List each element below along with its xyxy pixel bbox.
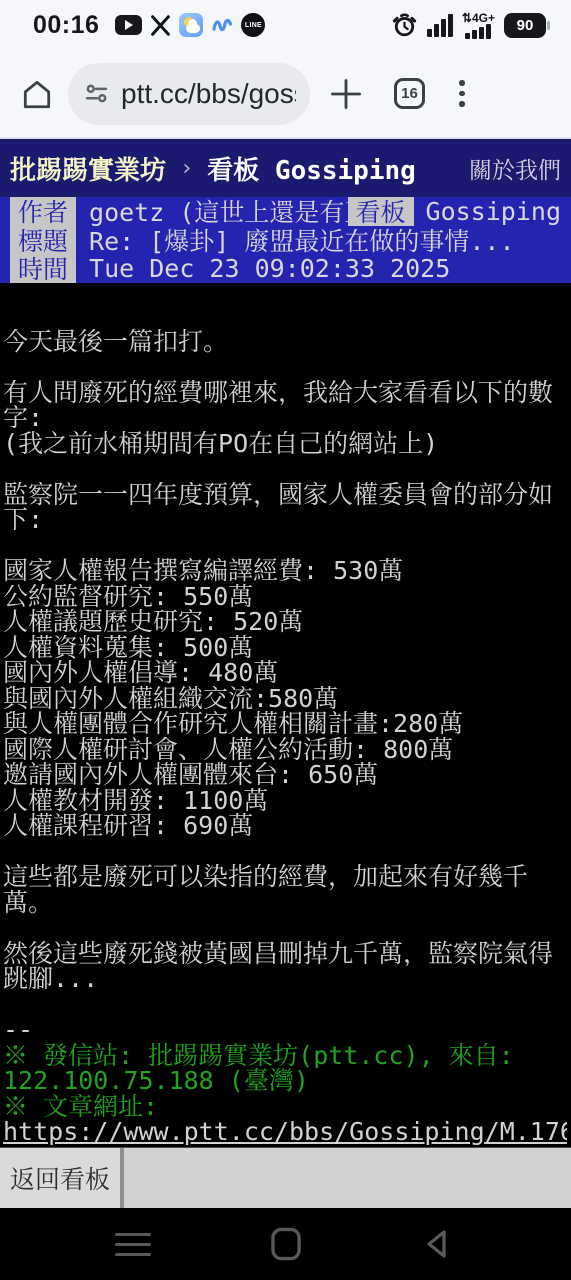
time-tag: 時間 (10, 254, 76, 283)
signal-2-icon (465, 24, 491, 39)
clock-time: 00:16 (33, 11, 99, 40)
article-line: 邀請國內外人權團體來台: 650萬 (3, 762, 567, 788)
x-app-icon (150, 15, 171, 36)
wave-app-icon (211, 15, 233, 35)
battery-icon: 90 (504, 13, 550, 38)
article-line (3, 533, 567, 559)
about-us-link[interactable]: 關於我們 (469, 152, 561, 185)
metaline-title: 標題 Re: [爆卦] 廢盟最近在做的事情... (10, 226, 571, 255)
article-line: 公約監督研究: 550萬 (3, 584, 567, 610)
article-line: 跳腳... (3, 966, 567, 992)
article-line: 與人權團體合作研究人權相關計畫:280萬 (3, 711, 567, 737)
alarm-icon (391, 12, 418, 39)
article-line: 監察院一一四年度預算，國家人權委員會的部分如 (3, 482, 567, 508)
tab-switcher-button[interactable]: 16 (394, 78, 425, 109)
home-nav-button[interactable] (266, 1224, 306, 1264)
system-status-icons: ⇅4G+ 90 (391, 12, 550, 39)
article-line[interactable]: https://www.ptt.cc/bbs/Gossiping/M.17664… (3, 1119, 567, 1145)
article-line: 然後這些廢死錢被黃國昌刪掉九千萬，監察院氣得 (3, 941, 567, 967)
article-line: 下: (3, 507, 567, 533)
article-line (3, 839, 567, 865)
youtube-icon (115, 15, 142, 35)
browser-menu-button[interactable] (455, 76, 469, 111)
tab-count: 16 (401, 85, 418, 102)
metaline-time: 時間 Tue Dec 23 09:02:33 2025 (10, 254, 571, 283)
article-line: 字: (3, 405, 567, 431)
new-tab-button[interactable] (328, 76, 364, 112)
article-line (3, 456, 567, 482)
article-line: ※ 發信站: 批踢踢實業坊(ptt.cc), 來自: (3, 1043, 567, 1069)
board-value: Gossiping (426, 197, 561, 226)
article-line: 122.100.75.188 (臺灣) (3, 1068, 567, 1094)
article-line: 國內外人權倡導: 480萬 (3, 660, 567, 686)
article-line (3, 354, 567, 380)
article-line: 國際人權研討會、人權公約活動: 800萬 (3, 737, 567, 763)
article-line: -- (3, 1017, 567, 1043)
browser-toolbar: ptt.cc/bbs/goss 16 (0, 50, 571, 137)
board-title-link[interactable]: 看板 Gossiping (207, 150, 416, 187)
breadcrumb-separator: › (180, 156, 193, 181)
board-tag: 看板 (348, 197, 414, 226)
article-line: 人權課程研習: 690萬 (3, 813, 567, 839)
metaline-board: 看板 Gossiping (348, 197, 571, 226)
line-icon-label: LINE (245, 22, 262, 29)
time-value: Tue Dec 23 09:02:33 2025 (89, 254, 450, 283)
page-action-bar: 返回看板 (0, 1147, 571, 1208)
network-type-label: ⇅4G+ (462, 12, 495, 24)
url-bar[interactable]: ptt.cc/bbs/goss (68, 63, 310, 125)
article-line (3, 992, 567, 1018)
weather-app-icon (179, 13, 203, 37)
network-type-icon: ⇅4G+ (462, 12, 495, 39)
article-line: 人權資料蒐集: 500萬 (3, 635, 567, 661)
home-button[interactable] (20, 78, 54, 110)
article-line: ※ 文章網址: (3, 1094, 567, 1120)
signal-icon (427, 14, 453, 37)
ptt-brand-link[interactable]: 批踢踢實業坊 (10, 150, 166, 187)
notification-icons: LINE (115, 13, 265, 37)
article-body: 今天最後一篇扣打。 有人問廢死的經費哪裡來，我給大家看看以下的數 字: (我之前… (0, 283, 571, 1147)
article-line: (我之前水桶期間有PO在自己的網站上) (3, 431, 567, 457)
battery-percent: 90 (517, 17, 534, 34)
recents-button[interactable] (115, 1233, 151, 1256)
article-line: 今天最後一篇扣打。 (3, 329, 567, 355)
article-metalines: 作者 goetz (這世上還是有正義 標題 Re: [爆卦] 廢盟最近在做的事情… (0, 197, 571, 283)
article-line: 人權議題歷史研究: 520萬 (3, 609, 567, 635)
back-to-board-button[interactable]: 返回看板 (0, 1148, 124, 1208)
status-bar: 00:16 LINE ⇅4G+ 90 (0, 0, 571, 50)
article-line: 與國內外人權組織交流:580萬 (3, 686, 567, 712)
article-line: 這些都是廢死可以染指的經費，加起來有好幾千 (3, 864, 567, 890)
article-line: 有人問廢死的經費哪裡來，我給大家看看以下的數 (3, 380, 567, 406)
action-bar-filler (124, 1148, 571, 1208)
site-settings-icon (84, 81, 109, 106)
title-value: Re: [爆卦] 廢盟最近在做的事情... (89, 222, 515, 258)
back-nav-button[interactable] (420, 1226, 456, 1262)
android-navigation-bar (0, 1208, 571, 1280)
article-line: 人權教材開發: 1100萬 (3, 788, 567, 814)
article-line (3, 915, 567, 941)
article-line (3, 303, 567, 329)
article-line: 萬。 (3, 890, 567, 916)
article-line: 國家人權報告撰寫編譯經費: 530萬 (3, 558, 567, 584)
line-app-icon: LINE (241, 13, 265, 37)
url-text: ptt.cc/bbs/goss (121, 78, 296, 110)
ptt-topbar: 批踢踢實業坊 › 看板 Gossiping 關於我們 (0, 139, 571, 197)
